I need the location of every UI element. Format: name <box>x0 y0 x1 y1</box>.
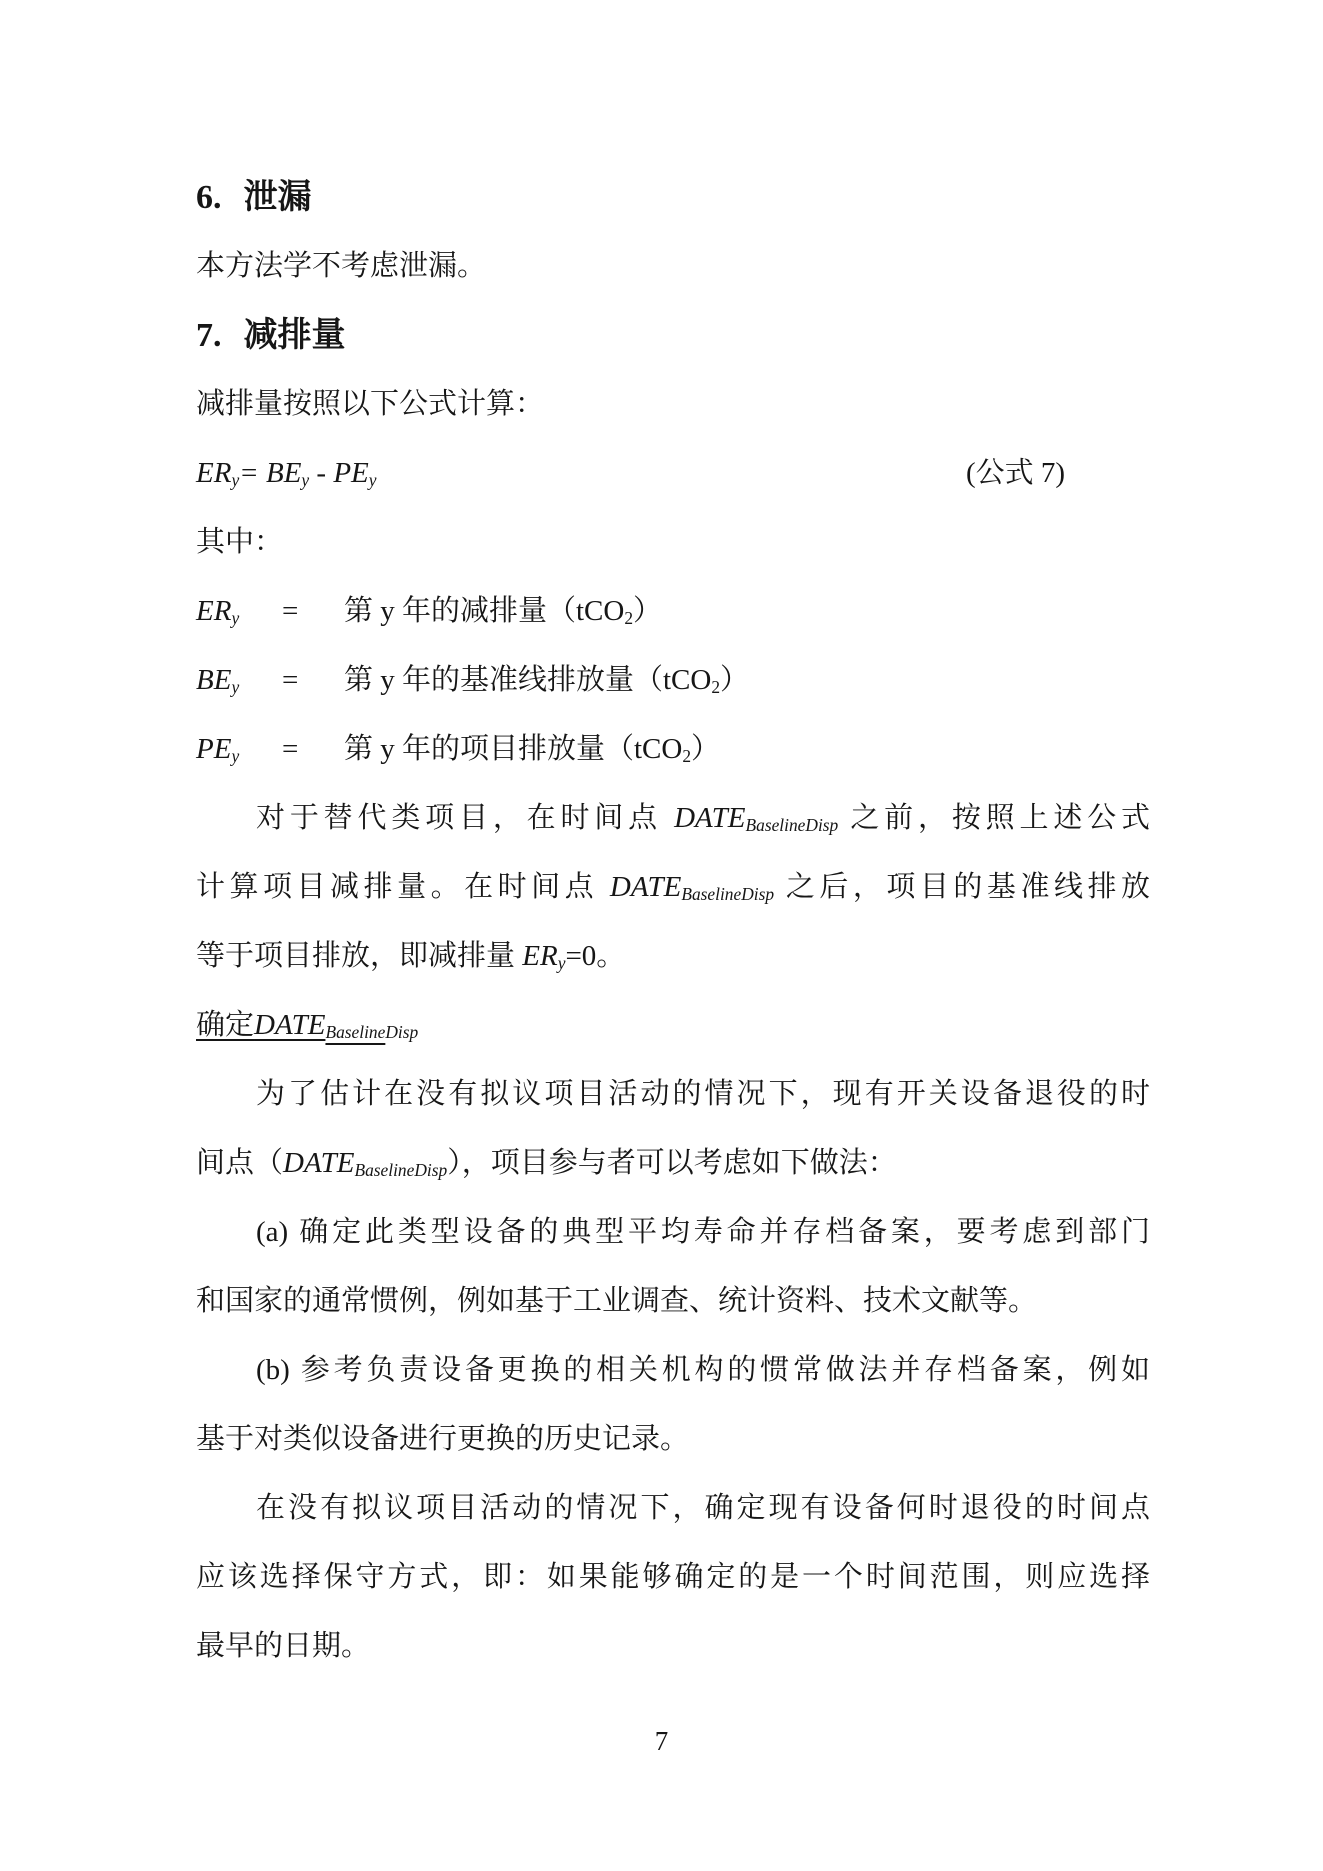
definition-equals: = <box>282 646 344 715</box>
subscript-y: y <box>369 470 377 490</box>
list-item-a-line2: 和国家的通常惯例，例如基于工业调查、统计资料、技术文献等。 <box>196 1267 1150 1336</box>
para-substitution-line2: 计算项目减排量。在时间点 DATEBaselineDisp 之后，项目的基准线排… <box>196 853 1150 922</box>
definition-description: 第 y 年的基准线排放量（tCO2） <box>344 646 1150 715</box>
definition-row-be: BEy=第 y 年的基准线排放量（tCO2） <box>196 646 1150 715</box>
text-run: 第 y 年的项目排放量（tCO <box>344 733 682 765</box>
where-label: 其中： <box>196 508 1150 577</box>
text-run: ） <box>633 595 662 627</box>
subscript-baselinedisp: BaselineDisp <box>681 884 774 904</box>
para-estimate-line2: 间点（DATEBaselineDisp），项目参与者可以考虑如下做法： <box>196 1129 1150 1198</box>
text-run: = BE <box>239 457 301 489</box>
text-run: 确定 <box>196 1009 254 1041</box>
section-6-heading: 6.泄漏 <box>196 163 1150 232</box>
text-run: Disp <box>385 1022 418 1042</box>
text-run: 对于替代类项目，在时间点 <box>256 802 674 834</box>
page-number: 7 <box>0 1714 1323 1768</box>
definition-description: 第 y 年的项目排放量（tCO2） <box>344 715 1150 784</box>
text-run: 计算项目减排量。在时间点 <box>196 871 610 903</box>
text-run: 第 y 年的减排量（tCO <box>344 595 624 627</box>
list-item-a-line1: (a) 确定此类型设备的典型平均寿命并存档备案，要考虑到部门 <box>196 1198 1150 1267</box>
subsection-heading-datebaselinedisp: 确定DATEBaselineDisp <box>196 991 1150 1060</box>
text-run: ） <box>691 733 720 765</box>
variable-er: ER <box>196 457 231 489</box>
definition-row-er: ERy=第 y 年的减排量（tCO2） <box>196 577 1150 646</box>
para-conservative-line2: 应该选择保守方式，即：如果能够确定的是一个时间范围，则应选择 <box>196 1543 1150 1612</box>
paragraph-leakage-body: 本方法学不考虑泄漏。 <box>196 232 1150 301</box>
list-item-b-line1: (b) 参考负责设备更换的相关机构的惯常做法并存档备案，例如 <box>196 1336 1150 1405</box>
section-6-number: 6. <box>196 179 222 216</box>
subscript-baselinedisp: BaselineDisp <box>354 1160 447 1180</box>
definition-row-pe: PEy=第 y 年的项目排放量（tCO2） <box>196 715 1150 784</box>
variable-er: ER <box>522 940 557 972</box>
subscript-baselinedisp: BaselineDisp <box>325 1022 418 1042</box>
variable-date: DATE <box>283 1147 354 1179</box>
text-run: =0。 <box>565 940 625 972</box>
heading-underlined-text: 确定DATE <box>196 1009 325 1041</box>
subscript-y: y <box>231 608 239 628</box>
formula-number-label: (公式 7) <box>966 439 1065 508</box>
para-conservative-line3: 最早的日期。 <box>196 1612 1150 1681</box>
definition-description: 第 y 年的减排量（tCO2） <box>344 577 1150 646</box>
definition-equals: = <box>282 715 344 784</box>
text-run: 之后，项目的基准线排放 <box>774 871 1150 903</box>
subscript-y: y <box>231 470 239 490</box>
text-run: ） <box>720 664 749 696</box>
document-page: 6.泄漏 本方法学不考虑泄漏。 7.减排量 减排量按照以下公式计算： ERy= … <box>0 0 1323 1871</box>
text-run: ），项目参与者可以考虑如下做法： <box>447 1147 897 1179</box>
variable-be: BE <box>196 664 231 696</box>
para-substitution-line3: 等于项目排放，即减排量 ERy=0。 <box>196 922 1150 991</box>
variable-date: DATE <box>610 871 681 903</box>
subscript-2: 2 <box>624 608 633 628</box>
section-6-title: 泄漏 <box>244 179 312 216</box>
variable-date: DATE <box>674 802 745 834</box>
definition-symbol: BEy <box>196 646 282 715</box>
para-conservative-line1: 在没有拟议项目活动的情况下，确定现有设备何时退役的时间点 <box>196 1474 1150 1543</box>
definition-symbol: PEy <box>196 715 282 784</box>
document-body: 6.泄漏 本方法学不考虑泄漏。 7.减排量 减排量按照以下公式计算： ERy= … <box>196 163 1150 1681</box>
definition-symbol: ERy <box>196 577 282 646</box>
subscript-baselinedisp: BaselineDisp <box>746 815 839 835</box>
variable-pe: PE <box>196 733 231 765</box>
text-run: 等于项目排放，即减排量 <box>196 940 522 972</box>
text-run: 间点（ <box>196 1147 283 1179</box>
text-run: - PE <box>309 457 369 489</box>
text-run: 第 y 年的基准线排放量（tCO <box>344 664 711 696</box>
subscript-y: y <box>231 746 239 766</box>
variable-date: DATE <box>254 1009 325 1041</box>
subscript-y: y <box>231 677 239 697</box>
subscript-2: 2 <box>711 677 720 697</box>
formula-expression: ERy= BEy - PEy <box>196 457 376 489</box>
subscript-y: y <box>301 470 309 490</box>
variable-er: ER <box>196 595 231 627</box>
section-7-title: 减排量 <box>244 317 346 354</box>
definition-equals: = <box>282 577 344 646</box>
section-7-heading: 7.减排量 <box>196 301 1150 370</box>
formula-intro-line: 减排量按照以下公式计算： <box>196 370 1150 439</box>
formula-line: ERy= BEy - PEy(公式 7) <box>196 439 1150 508</box>
subscript-2: 2 <box>682 746 691 766</box>
para-substitution-line1: 对于替代类项目，在时间点 DATEBaselineDisp 之前，按照上述公式 <box>196 784 1150 853</box>
text-run: Baseline <box>325 1022 385 1042</box>
para-estimate-line1: 为了估计在没有拟议项目活动的情况下，现有开关设备退役的时 <box>196 1060 1150 1129</box>
list-item-b-line2: 基于对类似设备进行更换的历史记录。 <box>196 1405 1150 1474</box>
text-run: 之前，按照上述公式 <box>838 802 1150 834</box>
section-7-number: 7. <box>196 317 222 354</box>
